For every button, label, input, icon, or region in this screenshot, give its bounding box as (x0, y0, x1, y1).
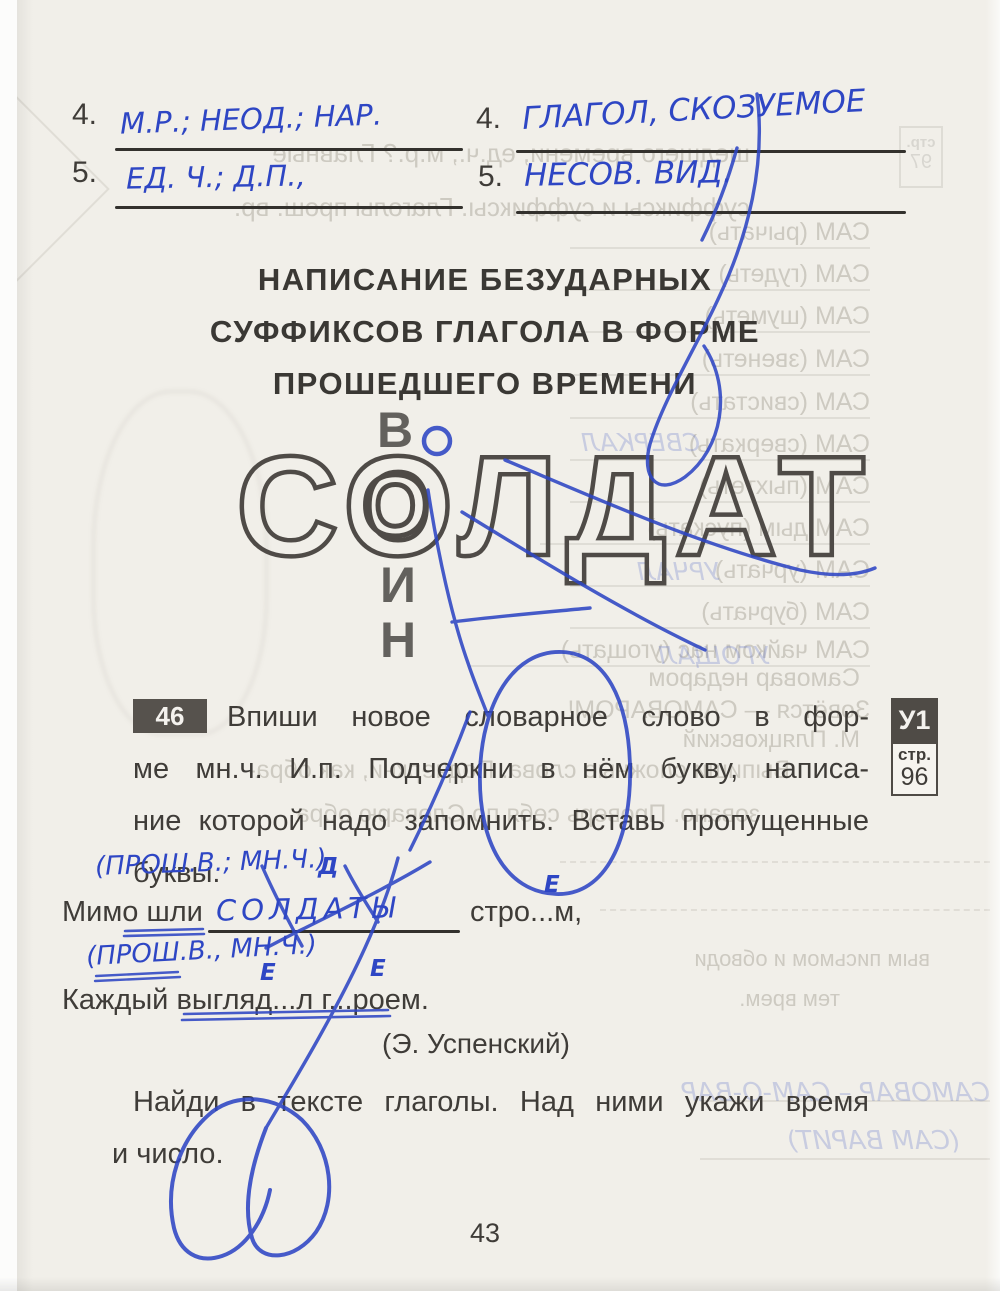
margin-ref-page-num: 96 (893, 764, 936, 790)
handwritten-answer-right-4: ГЛАГОЛ, СКОЗУЕМОЕ (521, 83, 866, 137)
answer-blank-right-4[interactable] (516, 150, 906, 153)
item-number-left-4: 4. (72, 98, 97, 132)
handwritten-annotation-2: (ПРОШ.В., МН.Ч.) (85, 930, 317, 972)
margin-ref-page-box: стр. 96 (891, 742, 938, 796)
workbook-page-scan: шедшего времени, ед.ч., м.р.? Главныесуф… (0, 0, 1000, 1291)
pen-underline (124, 929, 204, 936)
item-number-right-5: 5. (478, 160, 503, 194)
bleed-rule (600, 909, 990, 911)
scan-edge-bottom (0, 1277, 1000, 1291)
margin-ref-book: У1 (891, 698, 938, 742)
puzzle-vertical-letter-i: И (380, 557, 416, 613)
exercise-text-line-1: Впиши новое словарное слово в фор- (133, 701, 869, 734)
handwritten-letter-e-2: Е (260, 960, 276, 986)
scan-edge-right (986, 0, 1000, 1291)
handwritten-inserted-letter-d: Д (318, 854, 338, 880)
handwritten-answer-left-4: М.Р.; НЕОД.; НАР. (119, 97, 382, 140)
bleed-rule (700, 1158, 990, 1160)
bleed-page-ref-num: 97 (901, 151, 941, 174)
margin-ref-page-word: стр. (893, 746, 936, 764)
item-number-right-4: 4. (476, 102, 501, 136)
exercise-text-line-2: ме мн.ч. И.п. Подчеркни в нём букву, нап… (133, 753, 869, 786)
puzzle-vertical-letter-n: Н (380, 612, 416, 668)
handwritten-word-soldaty: СОЛДАТЫ (216, 890, 400, 927)
sentence-1-blank[interactable] (208, 930, 460, 933)
exercise-text-line-3: ние которой надо запомнить. Вставь пропу… (133, 805, 869, 838)
page-number: 43 (470, 1218, 500, 1249)
section-title-line-1: НАПИСАНИЕ БЕЗУДАРНЫХ (0, 262, 970, 298)
answer-blank-right-5[interactable] (516, 211, 906, 214)
bleed-page-ref-word: стр. (901, 134, 941, 151)
bleed-text-line: (САМ ВАРИТ) (680, 1126, 960, 1156)
task-text-line-2: и число. (112, 1138, 224, 1171)
sentence-1-suffix: стро...м, (470, 896, 582, 929)
pen-loop-scribble (171, 1099, 329, 1258)
puzzle-shared-letter-o: О (362, 458, 429, 554)
author-attribution: (Э. Успенский) (382, 1028, 570, 1060)
answer-blank-left-5[interactable] (115, 206, 463, 209)
sentence-1-prefix: Мимо шли (62, 896, 203, 929)
bleed-page-ref-box: стр. 97 (899, 126, 943, 188)
pen-underline (95, 972, 180, 981)
bleed-text-line: вым письмом и обводи (630, 946, 930, 972)
section-title-line-2: СУФФИКСОВ ГЛАГОЛА В ФОРМЕ (0, 314, 970, 350)
bleed-text-line: САМ (рычать) (570, 218, 870, 249)
item-number-left-5: 5. (72, 156, 97, 190)
handwritten-answer-right-5: НЕСОВ. ВИД. (524, 154, 733, 194)
answer-blank-left-4[interactable] (115, 148, 463, 151)
puzzle-horizontal-word: СОЛДАТ (236, 427, 873, 586)
task-text-line-1: Найди в тексте глаголы. Над ними укажи в… (133, 1086, 869, 1119)
bleed-text-line: тем врем. (640, 986, 840, 1012)
handwritten-answer-left-5: ЕД. Ч.; Д.П., (126, 158, 306, 195)
handwritten-letter-e-1: Е (544, 872, 560, 898)
handwritten-letter-e-3: Е (370, 956, 386, 982)
section-title-line-3: ПРОШЕДШЕГО ВРЕМЕНИ (0, 366, 970, 402)
word-puzzle-soldat-voin: В СОЛДАТ О И Н (230, 395, 910, 675)
sentence-2: Каждый выгляд...л г...роем. (62, 984, 429, 1017)
